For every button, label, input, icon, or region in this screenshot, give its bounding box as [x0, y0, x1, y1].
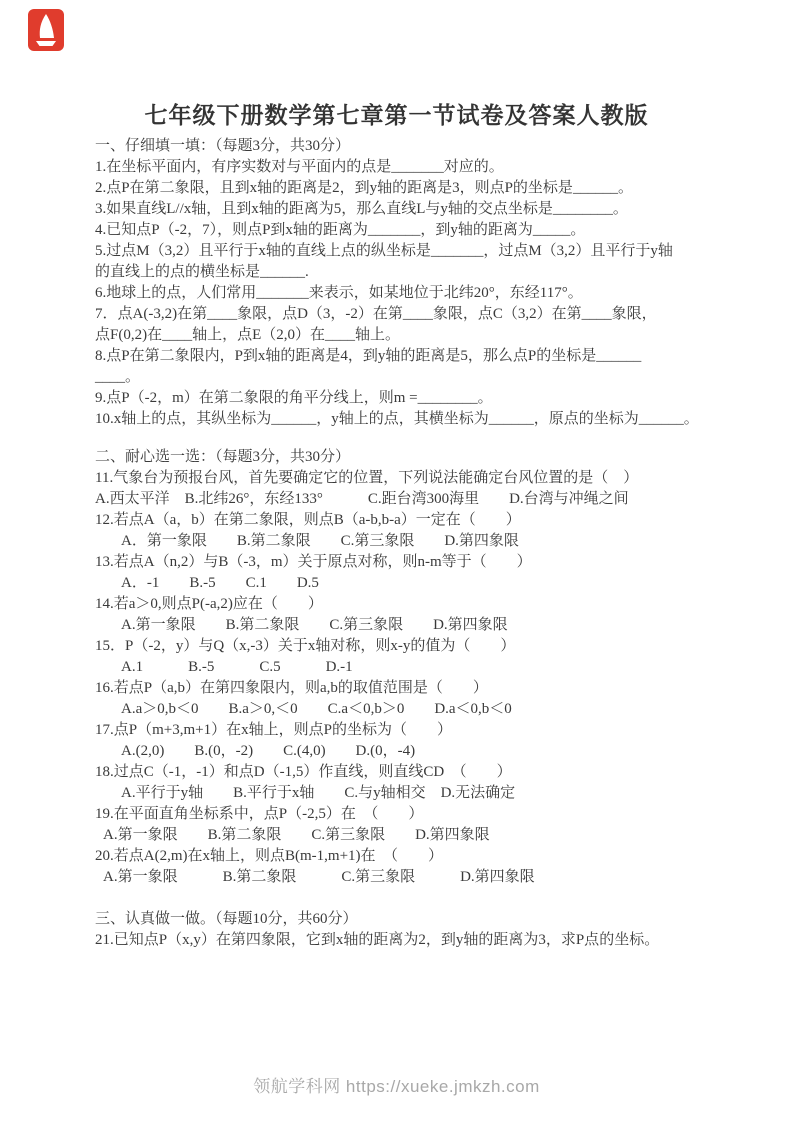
- section: 二、耐心选一选：（每题3分，共30分）11.气象台为预报台风，首先要确定它的位置…: [95, 447, 715, 888]
- test-content: 一、仔细填一填：（每题3分，共30分）1.在坐标平面内，有序实数对与平面内的点是…: [95, 136, 715, 951]
- question-line: 12.若点A（a，b）在第二象限，则点B（a-b,b-a）一定在（ ）: [95, 510, 715, 531]
- continuation-line: ____。: [95, 367, 715, 388]
- section: 三、认真做一做。（每题10分，共60分）21.已知点P（x,y）在第四象限，它到…: [95, 909, 715, 951]
- continuation-line: 点F(0,2)在____轴上，点E（2,0）在____轴上。: [95, 325, 715, 346]
- question-line: 15．P（-2，y）与Q（x,-3）关于x轴对称，则x-y的值为（ ）: [95, 636, 715, 657]
- question-line: 13.若点A（n,2）与B（-3，m）关于原点对称，则n-m等于（ ）: [95, 552, 715, 573]
- question-line: 17.点P（m+3,m+1）在x轴上，则点P的坐标为（ ）: [95, 720, 715, 741]
- question-line: 2.点P在第二象限，且到x轴的距离是2，到y轴的距离是3，则点P的坐标是____…: [95, 178, 715, 199]
- option-line: A.西太平洋 B.北纬26°，东经133° C.距台湾300海里 D.台湾与冲绳…: [95, 489, 715, 510]
- question-line: 11.气象台为预报台风，首先要确定它的位置，下列说法能确定台风位置的是（ ）: [95, 468, 715, 489]
- question-line: 19.在平面直角坐标系中，点P（-2,5）在 （ ）: [95, 804, 715, 825]
- option-line: A.(2,0) B.(0，-2) C.(4,0) D.(0，-4): [95, 741, 715, 762]
- question-line: 5.过点M（3,2）且平行于x轴的直线上点的纵坐标是_______，过点M（3,…: [95, 241, 715, 262]
- section: 一、仔细填一填：（每题3分，共30分）1.在坐标平面内，有序实数对与平面内的点是…: [95, 136, 715, 430]
- section-heading: 一、仔细填一填：（每题3分，共30分）: [95, 136, 715, 157]
- option-line: A.1 B.-5 C.5 D.-1: [95, 657, 715, 678]
- sailboat-icon: [27, 7, 65, 53]
- option-line: A.第一象限 B.第二象限 C.第三象限 D.第四象限: [95, 825, 715, 846]
- site-logo: [27, 7, 65, 53]
- option-line: A．-1 B.-5 C.1 D.5: [95, 573, 715, 594]
- question-line: 6.地球上的点，人们常用_______来表示，如某地位于北纬20°，东经117°…: [95, 283, 715, 304]
- continuation-line: 的直线上的点的横坐标是______.: [95, 262, 715, 283]
- document-page: 七年级下册数学第七章第一节试卷及答案人教版 一、仔细填一填：（每题3分，共30分…: [0, 0, 793, 1122]
- question-line: 21.已知点P（x,y）在第四象限，它到x轴的距离为2，到y轴的距离为3，求P点…: [95, 930, 715, 951]
- option-line: A.a＞0,b＜0 B.a＞0,＜0 C.a＜0,b＞0 D.a＜0,b＜0: [95, 699, 715, 720]
- question-line: 7．点A(-3,2)在第____象限，点D（3，-2）在第____象限，点C（3…: [95, 304, 715, 325]
- question-line: 16.若点P（a,b）在第四象限内，则a,b的取值范围是（ ）: [95, 678, 715, 699]
- option-line: A.第一象限 B.第二象限 C.第三象限 D.第四象限: [95, 867, 715, 888]
- question-line: 18.过点C（-1，-1）和点D（-1,5）作直线，则直线CD （ ）: [95, 762, 715, 783]
- question-line: 20.若点A(2,m)在x轴上，则点B(m-1,m+1)在 （ ）: [95, 846, 715, 867]
- question-line: 1.在坐标平面内，有序实数对与平面内的点是_______对应的。: [95, 157, 715, 178]
- question-line: 3.如果直线L//x轴，且到x轴的距离为5，那么直线L与y轴的交点坐标是____…: [95, 199, 715, 220]
- footer-text: 领航学科网 https://xueke.jmkzh.com: [253, 1077, 540, 1096]
- page-title: 七年级下册数学第七章第一节试卷及答案人教版: [0, 97, 793, 130]
- question-line: 14.若a＞0,则点P(-a,2)应在（ ）: [95, 594, 715, 615]
- question-line: 9.点P（-2，m）在第二象限的角平分线上，则m =________。: [95, 388, 715, 409]
- option-line: A.平行于y轴 B.平行于x轴 C.与y轴相交 D.无法确定: [95, 783, 715, 804]
- section-heading: 二、耐心选一选：（每题3分，共30分）: [95, 447, 715, 468]
- question-line: 10.x轴上的点，其纵坐标为______，y轴上的点，其横坐标为______，原…: [95, 409, 715, 430]
- question-line: 8.点P在第二象限内，P到x轴的距离是4，到y轴的距离是5，那么点P的坐标是__…: [95, 346, 715, 367]
- option-line: A．第一象限 B.第二象限 C.第三象限 D.第四象限: [95, 531, 715, 552]
- footer-watermark: 领航学科网 https://xueke.jmkzh.com: [0, 1072, 793, 1097]
- section-heading: 三、认真做一做。（每题10分，共60分）: [95, 909, 715, 930]
- question-line: 4.已知点P（-2，7），则点P到x轴的距离为_______，到y轴的距离为__…: [95, 220, 715, 241]
- option-line: A.第一象限 B.第二象限 C.第三象限 D.第四象限: [95, 615, 715, 636]
